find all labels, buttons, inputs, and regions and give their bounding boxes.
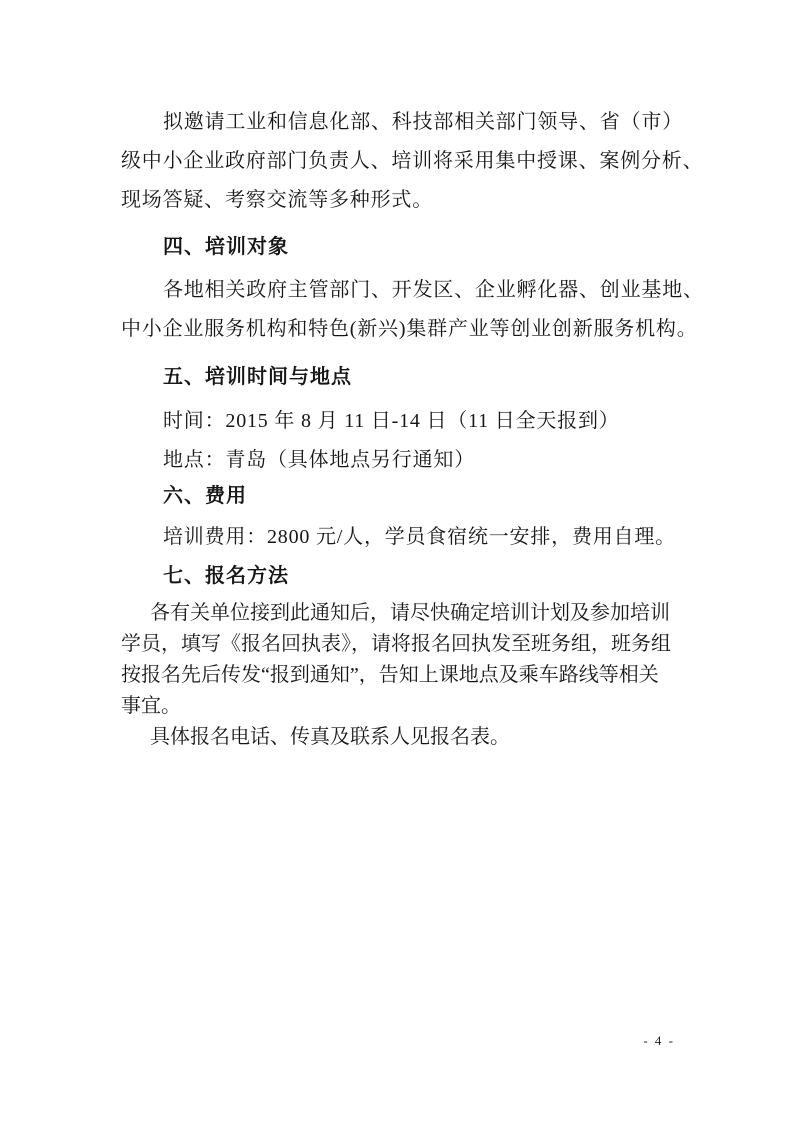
doc-line: 按报名先后传发“报到通知”，告知上课地点及乘车路线等相关 [121,660,687,691]
section-heading-fee: 六、费用 [121,477,687,516]
doc-line: 中小企业服务机构和特色(新兴)集群产业等创业创新服务机构。 [121,310,687,349]
paragraph-registration: 各有关单位接到此通知后，请尽快确定培训计划及参加培训 学员，填写《报名回执表》，… [121,598,687,753]
document-page: 拟邀请工业和信息化部、科技部相关部门领导、省（市） 级中小企业政府部门负责人、培… [0,0,794,1123]
page-number: - 4 - [643,1033,675,1049]
section-heading-training-audience: 四、培训对象 [121,228,687,267]
section-heading-time-place: 五、培训时间与地点 [121,358,687,397]
doc-line: 级中小企业政府部门负责人、培训将采用集中授课、案例分析、 [121,142,687,181]
doc-line: 各地相关政府主管部门、开发区、企业孵化器、创业基地、 [121,271,687,310]
doc-line: 各有关单位接到此通知后，请尽快确定培训计划及参加培训 [121,598,687,629]
section-heading-registration: 七、报名方法 [121,557,687,596]
doc-line: 拟邀请工业和信息化部、科技部相关部门领导、省（市） [121,103,687,142]
doc-line-time: 时间：2015 年 8 月 11 日-14 日（11 日全天报到） [121,402,687,441]
paragraph-training-audience: 各地相关政府主管部门、开发区、企业孵化器、创业基地、 中小企业服务机构和特色(新… [121,271,687,349]
paragraph-intro: 拟邀请工业和信息化部、科技部相关部门领导、省（市） 级中小企业政府部门负责人、培… [121,103,687,220]
doc-line: 事宜。 [121,691,687,722]
paragraph-fee: 培训费用：2800 元/人，学员食宿统一安排，费用自理。 [121,518,687,557]
document-body: 拟邀请工业和信息化部、科技部相关部门领导、省（市） 级中小企业政府部门负责人、培… [121,103,687,753]
paragraph-time-place: 时间：2015 年 8 月 11 日-14 日（11 日全天报到） 地点：青岛（… [121,402,687,480]
doc-line: 学员，填写《报名回执表》，请将报名回执发至班务组，班务组 [121,629,687,660]
doc-line-fee: 培训费用：2800 元/人，学员食宿统一安排，费用自理。 [121,518,687,557]
doc-line-contact-note: 具体报名电话、传真及联系人见报名表。 [121,722,687,753]
doc-line: 现场答疑、考察交流等多种形式。 [121,181,687,220]
doc-line-place: 地点：青岛（具体地点另行通知） [121,441,687,480]
